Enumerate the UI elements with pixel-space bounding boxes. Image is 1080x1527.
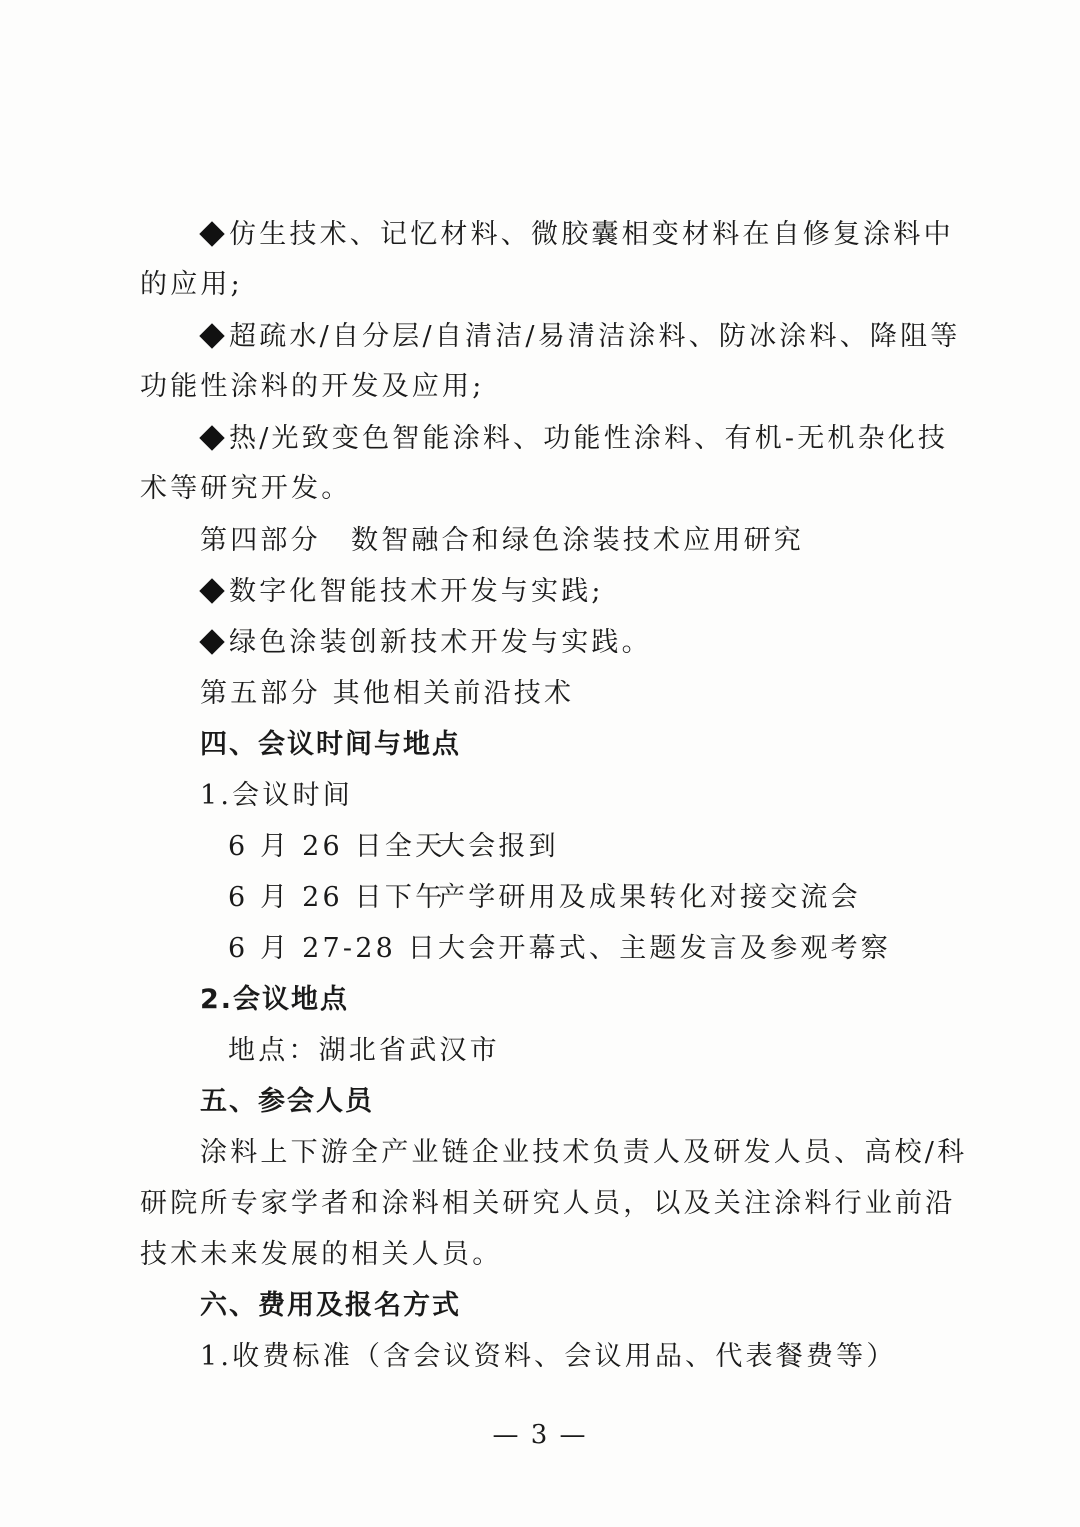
schedule-event: 大会开幕式、主题发言及参观考察	[438, 933, 891, 964]
part4-title: 第四部分 数智融合和绿色涂装技术应用研究	[200, 524, 804, 558]
bullet-continuation: 功能性涂料的开发及应用;	[140, 370, 485, 404]
schedule-row: 6 月 27-28 日大会开幕式、主题发言及参观考察	[228, 932, 891, 966]
section6-sub1-title: 1.收费标准（含会议资料、会议用品、代表餐费等）	[200, 1340, 897, 1374]
document-page: 仿生技术、记忆材料、微胶囊相变材料在自修复涂料中 的应用; 超疏水/自分层/自清…	[0, 0, 1080, 1527]
bullet-text: 绿色涂装创新技术开发与实践。	[229, 627, 652, 658]
section5-paragraph-line: 涂料上下游全产业链企业技术负责人及研发人员、高校/科	[200, 1136, 967, 1170]
schedule-date: 6 月 27-28 日	[228, 932, 438, 966]
schedule-row: 6 月 26 日下午产学研用及成果转化对接交流会	[228, 881, 861, 915]
section5-paragraph-line: 技术未来发展的相关人员。	[140, 1238, 502, 1272]
section5-paragraph-line: 研院所专家学者和涂料相关研究人员，以及关注涂料行业前沿	[140, 1187, 955, 1221]
section4-sub1-title: 1.会议时间	[200, 779, 353, 813]
location-text: 地点：湖北省武汉市	[228, 1034, 500, 1068]
part5-title: 第五部分 其他相关前沿技术	[200, 677, 574, 711]
bullet-text: 超疏水/自分层/自清洁/易清洁涂料、防冰涂料、降阻等	[229, 321, 961, 352]
bullet-text: 数字化智能技术开发与实践;	[229, 576, 604, 607]
schedule-date: 6 月 26 日下午	[228, 881, 438, 915]
bullet-item: 仿生技术、记忆材料、微胶囊相变材料在自修复涂料中	[200, 218, 954, 252]
bullet-continuation: 的应用;	[140, 268, 243, 302]
section4-heading: 四、会议时间与地点	[200, 728, 461, 762]
schedule-event: 大会报到	[438, 831, 559, 862]
diamond-bullet-icon	[199, 323, 224, 348]
diamond-bullet-icon	[199, 578, 224, 603]
bullet-item: 绿色涂装创新技术开发与实践。	[200, 626, 652, 660]
bullet-item: 超疏水/自分层/自清洁/易清洁涂料、防冰涂料、降阻等	[200, 320, 961, 354]
schedule-date: 6 月 26 日全天	[228, 830, 438, 864]
schedule-row: 6 月 26 日全天大会报到	[228, 830, 559, 864]
section6-heading: 六、费用及报名方式	[200, 1289, 461, 1323]
bullet-text: 仿生技术、记忆材料、微胶囊相变材料在自修复涂料中	[229, 219, 954, 250]
diamond-bullet-icon	[199, 425, 224, 450]
diamond-bullet-icon	[199, 629, 224, 654]
section5-heading: 五、参会人员	[200, 1085, 374, 1119]
bullet-item: 数字化智能技术开发与实践;	[200, 575, 604, 609]
bullet-continuation: 术等研究开发。	[140, 472, 351, 506]
bullet-item: 热/光致变色智能涂料、功能性涂料、有机-无机杂化技	[200, 422, 948, 456]
section4-sub2-title: 2.会议地点	[200, 983, 349, 1017]
diamond-bullet-icon	[199, 221, 224, 246]
page-number: — 3 —	[0, 1418, 1080, 1452]
schedule-event: 产学研用及成果转化对接交流会	[438, 882, 861, 913]
bullet-text: 热/光致变色智能涂料、功能性涂料、有机-无机杂化技	[229, 423, 948, 454]
